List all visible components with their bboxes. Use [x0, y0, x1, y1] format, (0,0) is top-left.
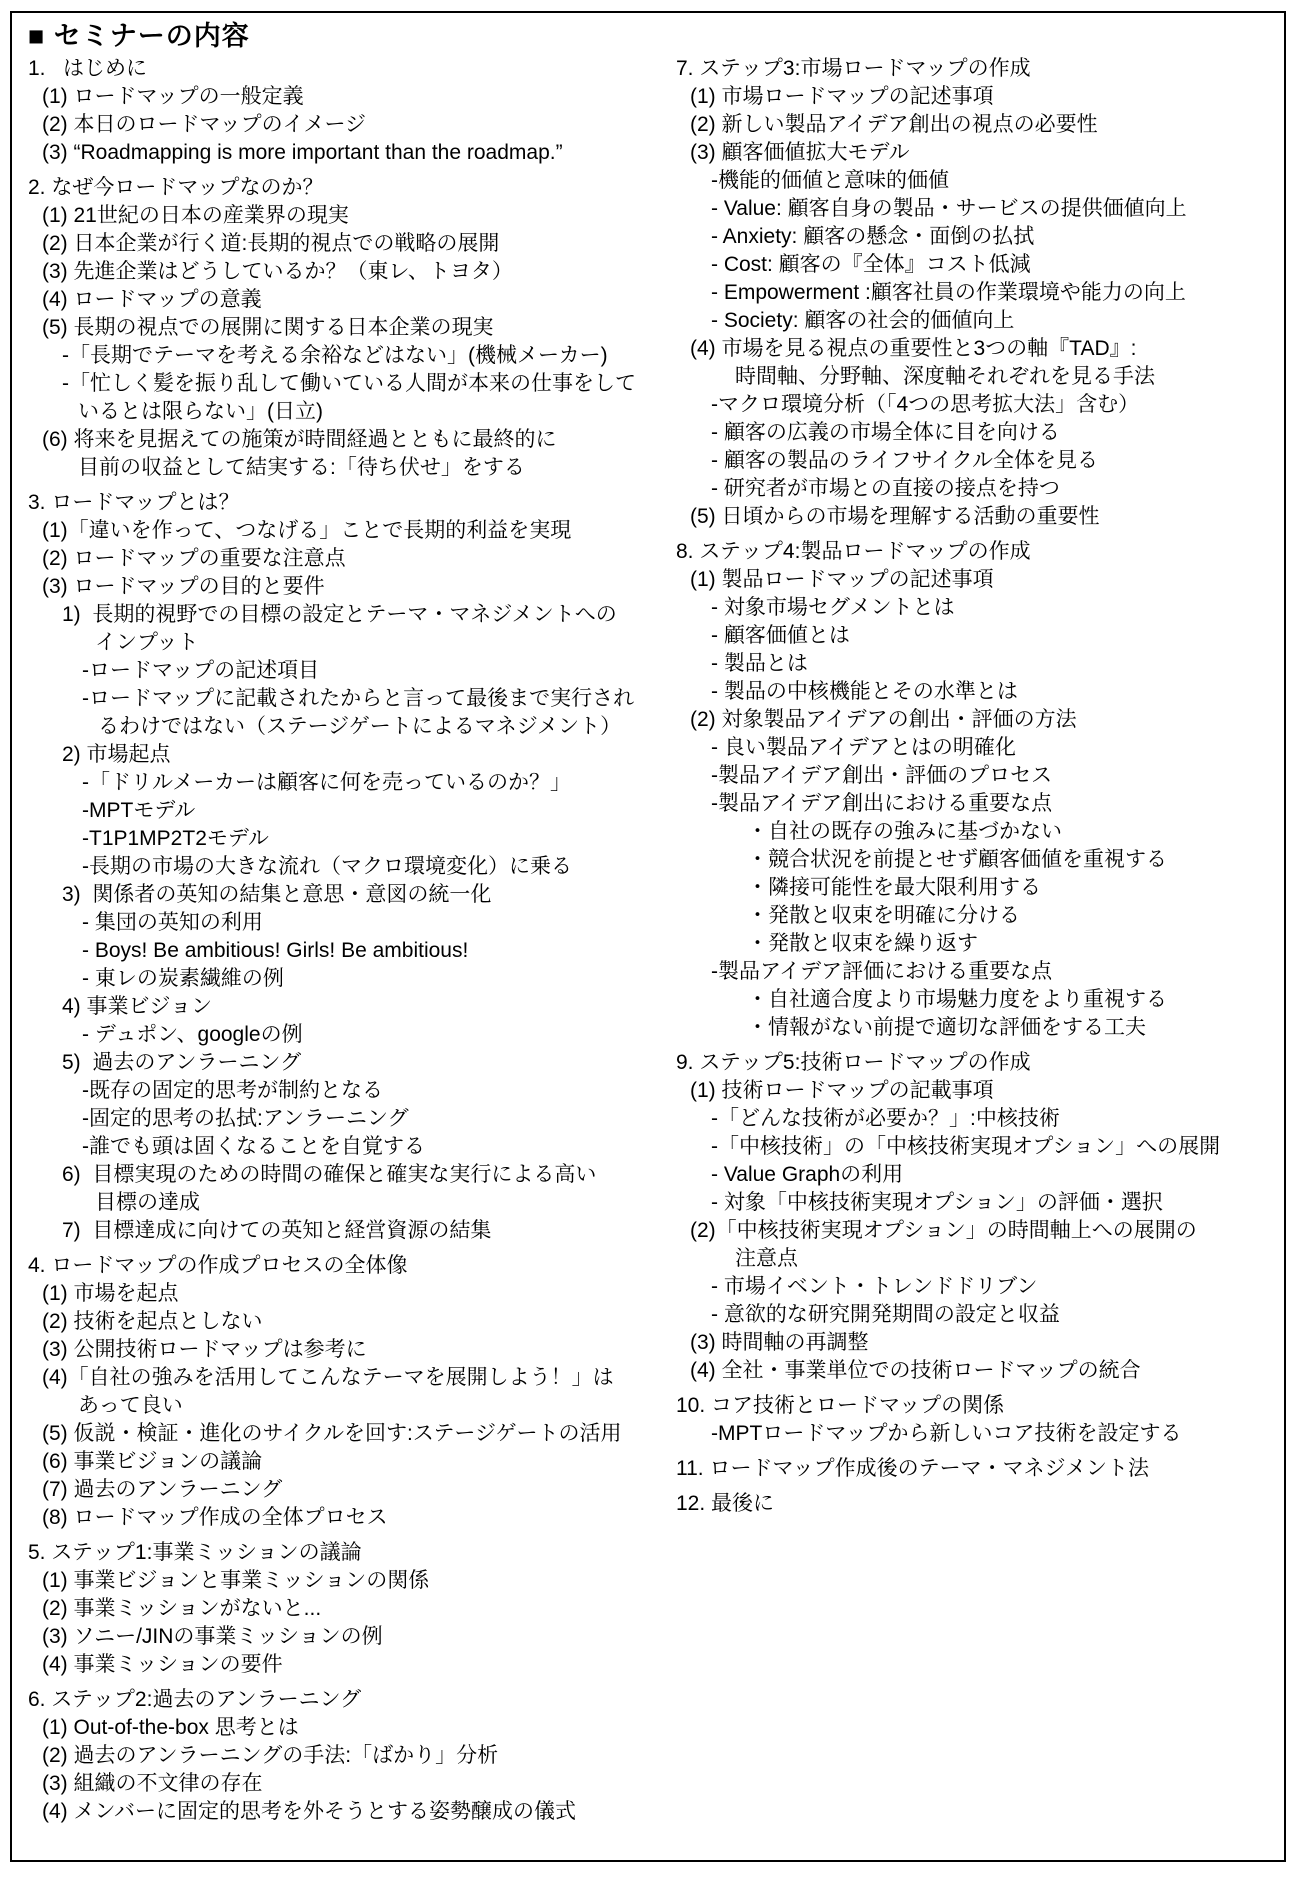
- outline-line: (3) ソニー/JINの事業ミッションの例: [20, 1623, 665, 1651]
- outline-line: 2. なぜ今ロードマップなのか？: [20, 174, 665, 202]
- outline-line: -固定的思考の払拭:アンラーニング: [20, 1105, 665, 1133]
- outline-line: - 対象「中核技術実現オプション」の評価・選択: [664, 1189, 1289, 1217]
- outline-line: 8. ステップ4:製品ロードマップの作成: [664, 538, 1289, 566]
- page-title: ■ セミナーの内容: [28, 14, 250, 53]
- outline-line: -既存の固定的思考が制約となる: [20, 1077, 665, 1105]
- outline-line: -ロードマップに記載されたからと言って最後まで実行され: [20, 685, 665, 713]
- outline-column-left: 1. はじめに(1) ロードマップの一般定義(2) 本日のロードマップのイメージ…: [20, 55, 665, 1826]
- outline-line: (3) “Roadmapping is more important than …: [20, 139, 665, 167]
- outline-line: - 顧客の広義の市場全体に目を向ける: [664, 419, 1289, 447]
- outline-line: ・情報がない前提で適切な評価をする工夫: [664, 1014, 1289, 1042]
- outline-line: ・自社適合度より市場魅力度をより重視する: [664, 986, 1289, 1014]
- outline-line: (5) 長期の視点での展開に関する日本企業の現実: [20, 314, 665, 342]
- outline-line: 注意点: [664, 1245, 1289, 1273]
- outline-line: (2) 過去のアンラーニングの手法:「ばかり」分析: [20, 1742, 665, 1770]
- outline-line: 目標の達成: [20, 1189, 665, 1217]
- outline-line: -MPTモデル: [20, 797, 665, 825]
- outline-line: -「忙しく髪を振り乱して働いている人間が本来の仕事をして: [20, 370, 665, 398]
- outline-line: - Value: 顧客自身の製品・サービスの提供価値向上: [664, 195, 1289, 223]
- outline-line: (1) 市場を起点: [20, 1280, 665, 1308]
- outline-line: (4) 市場を見る視点の重要性と3つの軸『TAD』:: [664, 335, 1289, 363]
- outline-line: 時間軸、分野軸、深度軸それぞれを見る手法: [664, 363, 1289, 391]
- outline-line: - Anxiety: 顧客の懸念・面倒の払拭: [664, 223, 1289, 251]
- outline-line: (6) 事業ビジョンの議論: [20, 1448, 665, 1476]
- outline-line: 7) 目標達成に向けての英知と経営資源の結集: [20, 1217, 665, 1245]
- outline-line: 2) 市場起点: [20, 741, 665, 769]
- outline-line: - 良い製品アイデアとはの明確化: [664, 734, 1289, 762]
- outline-line: - Empowerment :顧客社員の作業環境や能力の向上: [664, 279, 1289, 307]
- outline-line: 11. ロードマップ作成後のテーマ・マネジメント法: [664, 1455, 1289, 1483]
- outline-line: (1) 製品ロードマップの記述事項: [664, 566, 1289, 594]
- outline-line: - 意欲的な研究開発期間の設定と収益: [664, 1301, 1289, 1329]
- outline-line: (4)「自社の強みを活用してこんなテーマを展開しよう！」は: [20, 1364, 665, 1392]
- outline-line: - 顧客の製品のライフサイクル全体を見る: [664, 447, 1289, 475]
- outline-line: -マクロ環境分析（「4つの思考拡大法」含む）: [664, 391, 1289, 419]
- outline-line: - Society: 顧客の社会的価値向上: [664, 307, 1289, 335]
- outline-line: (2) 事業ミッションがないと...: [20, 1595, 665, 1623]
- outline-line: - Value Graphの利用: [664, 1161, 1289, 1189]
- outline-line: (4) メンバーに固定的思考を外そうとする姿勢醸成の儀式: [20, 1798, 665, 1826]
- outline-line: 7. ステップ3:市場ロードマップの作成: [664, 55, 1289, 83]
- outline-line: 3) 関係者の英知の結集と意思・意図の統一化: [20, 881, 665, 909]
- outline-line: (3) 先進企業はどうしているか？（東レ、トヨタ）: [20, 258, 665, 286]
- outline-line: (3) 時間軸の再調整: [664, 1329, 1289, 1357]
- outline-line: 4. ロードマップの作成プロセスの全体像: [20, 1252, 665, 1280]
- outline-line: -機能的価値と意味的価値: [664, 167, 1289, 195]
- outline-line: -製品アイデア創出における重要な点: [664, 790, 1289, 818]
- outline-line: -「長期でテーマを考える余裕などはない」(機械メーカー): [20, 342, 665, 370]
- outline-line: るわけではない（ステージゲートによるマネジメント）: [20, 713, 665, 741]
- outline-line: -長期の市場の大きな流れ（マクロ環境変化）に乗る: [20, 853, 665, 881]
- outline-line: (5) 仮説・検証・進化のサイクルを回す:ステージゲートの活用: [20, 1420, 665, 1448]
- outline-line: 目前の収益として結実する:「待ち伏せ」をする: [20, 454, 665, 482]
- outline-line: (3) 組織の不文律の存在: [20, 1770, 665, 1798]
- outline-line: - 製品とは: [664, 650, 1289, 678]
- outline-line: (4) ロードマップの意義: [20, 286, 665, 314]
- outline-line: ・発散と収束を繰り返す: [664, 930, 1289, 958]
- outline-line: (2) 本日のロードマップのイメージ: [20, 111, 665, 139]
- outline-line: (4) 事業ミッションの要件: [20, 1651, 665, 1679]
- outline-line: (2) 対象製品アイデアの創出・評価の方法: [664, 706, 1289, 734]
- outline-line: (1) 技術ロードマップの記載事項: [664, 1077, 1289, 1105]
- outline-line: -MPTロードマップから新しいコア技術を設定する: [664, 1420, 1289, 1448]
- outline-line: - デュポン、googleの例: [20, 1021, 665, 1049]
- outline-line: - Boys! Be ambitious! Girls! Be ambitiou…: [20, 937, 665, 965]
- outline-line: (3) 公開技術ロードマップは参考に: [20, 1336, 665, 1364]
- outline-line: -製品アイデア評価における重要な点: [664, 958, 1289, 986]
- outline-line: 1) 長期的視野での目標の設定とテーマ・マネジメントへの: [20, 601, 665, 629]
- outline-line: - 製品の中核機能とその水準とは: [664, 678, 1289, 706]
- outline-line: (1) 事業ビジョンと事業ミッションの関係: [20, 1567, 665, 1595]
- outline-line: ・隣接可能性を最大限利用する: [664, 874, 1289, 902]
- outline-line: (3) ロードマップの目的と要件: [20, 573, 665, 601]
- outline-line: - 顧客価値とは: [664, 622, 1289, 650]
- outline-line: (2) 新しい製品アイデア創出の視点の必要性: [664, 111, 1289, 139]
- outline-line: 9. ステップ5:技術ロードマップの作成: [664, 1049, 1289, 1077]
- outline-line: (2) 技術を起点としない: [20, 1308, 665, 1336]
- outline-line: (1) Out-of-the-box 思考とは: [20, 1714, 665, 1742]
- outline-line: -T1P1MP2T2モデル: [20, 825, 665, 853]
- outline-line: -製品アイデア創出・評価のプロセス: [664, 762, 1289, 790]
- outline-line: (7) 過去のアンラーニング: [20, 1476, 665, 1504]
- outline-line: -誰でも頭は固くなることを自覚する: [20, 1133, 665, 1161]
- outline-line: -「ドリルメーカーは顧客に何を売っているのか？」: [20, 769, 665, 797]
- outline-line: -ロードマップの記述項目: [20, 657, 665, 685]
- outline-line: 10. コア技術とロードマップの関係: [664, 1392, 1289, 1420]
- outline-line: - 対象市場セグメントとは: [664, 594, 1289, 622]
- outline-line: 12. 最後に: [664, 1490, 1289, 1518]
- outline-line: - Cost: 顧客の『全体』コスト低減: [664, 251, 1289, 279]
- outline-line: - 研究者が市場との直接の接点を持つ: [664, 475, 1289, 503]
- outline-line: 6. ステップ2:過去のアンラーニング: [20, 1686, 665, 1714]
- outline-line: インプット: [20, 629, 665, 657]
- outline-line: (1) 21世紀の日本の産業界の現実: [20, 202, 665, 230]
- outline-line: (2) ロードマップの重要な注意点: [20, 545, 665, 573]
- outline-line: ・自社の既存の強みに基づかない: [664, 818, 1289, 846]
- outline-line: 6) 目標実現のための時間の確保と確実な実行による高い: [20, 1161, 665, 1189]
- outline-line: ・競合状況を前提とせず顧客価値を重視する: [664, 846, 1289, 874]
- outline-line: 5) 過去のアンラーニング: [20, 1049, 665, 1077]
- outline-line: (1) ロードマップの一般定義: [20, 83, 665, 111]
- outline-line: 4) 事業ビジョン: [20, 993, 665, 1021]
- outline-line: あって良い: [20, 1392, 665, 1420]
- outline-line: (3) 顧客価値拡大モデル: [664, 139, 1289, 167]
- outline-line: - 市場イベント・トレンドドリブン: [664, 1273, 1289, 1301]
- outline-line: - 集団の英知の利用: [20, 909, 665, 937]
- outline-line: (2)「中核技術実現オプション」の時間軸上への展開の: [664, 1217, 1289, 1245]
- outline-line: (6) 将来を見据えての施策が時間経過とともに最終的に: [20, 426, 665, 454]
- outline-line: (1) 市場ロードマップの記述事項: [664, 83, 1289, 111]
- outline-line: (5) 日頃からの市場を理解する活動の重要性: [664, 503, 1289, 531]
- outline-column-right: 7. ステップ3:市場ロードマップの作成(1) 市場ロードマップの記述事項(2)…: [664, 55, 1289, 1518]
- outline-line: (4) 全社・事業単位での技術ロードマップの統合: [664, 1357, 1289, 1385]
- outline-line: -「どんな技術が必要か？」:中核技術: [664, 1105, 1289, 1133]
- outline-line: 3. ロードマップとは？: [20, 489, 665, 517]
- outline-line: - 東レの炭素繊維の例: [20, 965, 665, 993]
- outline-line: (1)「違いを作って、つなげる」ことで長期的利益を実現: [20, 517, 665, 545]
- outline-line: ・発散と収束を明確に分ける: [664, 902, 1289, 930]
- outline-line: いるとは限らない」(日立): [20, 398, 665, 426]
- outline-line: 5. ステップ1:事業ミッションの議論: [20, 1539, 665, 1567]
- outline-line: (2) 日本企業が行く道:長期的視点での戦略の展開: [20, 230, 665, 258]
- outline-line: (8) ロードマップ作成の全体プロセス: [20, 1504, 665, 1532]
- outline-line: -「中核技術」の「中核技術実現オプション」への展開: [664, 1133, 1289, 1161]
- outline-line: 1. はじめに: [20, 55, 665, 83]
